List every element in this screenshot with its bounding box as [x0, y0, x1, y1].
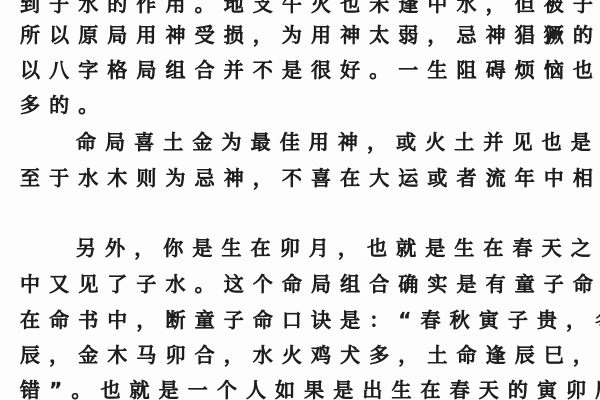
- text-line: 另外，你是生在卯月，也就是生在春天之时，地支: [76, 236, 600, 260]
- text-line: 命局喜土金为最佳用神，或火土并见也是可以的。: [76, 130, 600, 154]
- document-page: 到子水的作用。地支午火也未逢中水，但被子水所冲， 所以原局用神受损，为用神太弱，…: [0, 0, 600, 400]
- text-line: 多的。: [20, 93, 585, 117]
- text-line: 到子水的作用。地支午火也未逢中水，但被子水所冲，: [20, 0, 585, 16]
- text-line: 在命书中，断童子命口诀是：“春秋寅子贵，冬夏卯未: [20, 308, 585, 332]
- text-line: 错”。也就是一个人如果是出生在春天的寅卯辰和秋天: [20, 378, 585, 400]
- text-line: 至于水木则为忌神，不喜在大运或者流年中相见。: [20, 166, 585, 190]
- text-line: 中又见了子水。这个命局组合确实是有童子命的说法。: [20, 272, 585, 296]
- text-line: 所以原局用神受损，为用神太弱，忌神猖獗的命格。所: [20, 23, 585, 47]
- text-line: 辰，金木马卯合，水火鸡犬多，土命逢辰巳，童子定不: [20, 343, 585, 367]
- text-line: 以八字格局组合并不是很好。一生阻碍烦恼也必然会很: [20, 58, 585, 82]
